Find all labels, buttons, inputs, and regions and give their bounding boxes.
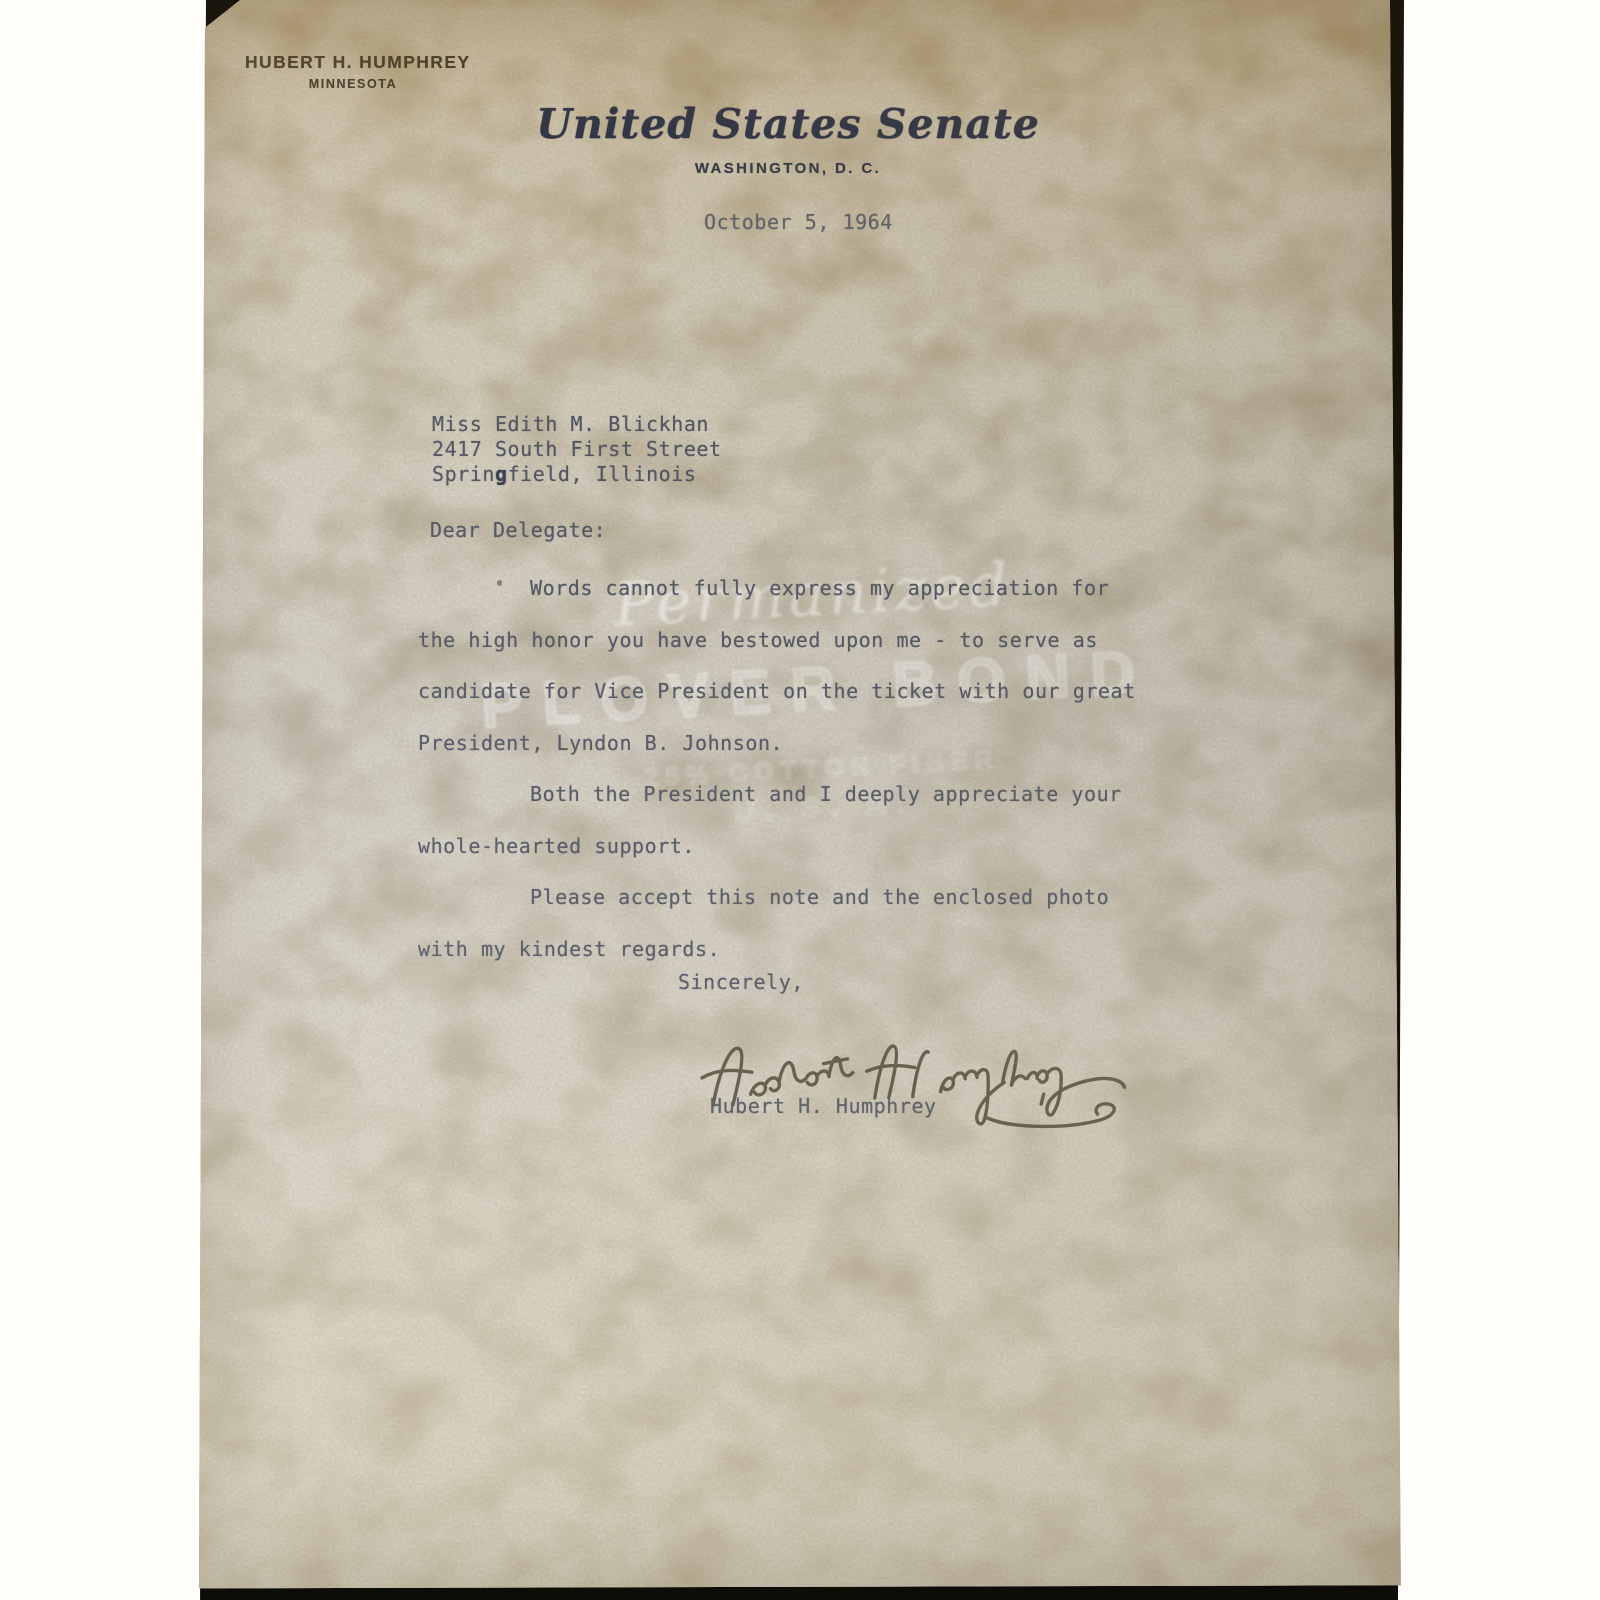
- typed-signature-name: Hubert H. Humphrey: [710, 1094, 937, 1118]
- body-line: President, Lyndon B. Johnson.: [418, 718, 1136, 770]
- body-line: Please accept this note and the enclosed…: [418, 872, 1136, 924]
- letterhead-sender-block: HUBERT H. HUMPHREY MINNESOTA: [245, 52, 461, 91]
- salutation: Dear Delegate:: [430, 518, 606, 542]
- recipient-city-pre: Sprin: [432, 462, 495, 486]
- photo-stage: Permanized PLOVER BOND 25% COTTON FIBER …: [0, 0, 1600, 1600]
- recipient-street: 2417 South First Street: [432, 437, 722, 462]
- body-line: whole-hearted support.: [418, 821, 1136, 873]
- recipient-address: Miss Edith M. Blickhan 2417 South First …: [432, 412, 722, 487]
- date-line: October 5, 1964: [704, 210, 893, 234]
- body-line: candidate for Vice President on the tick…: [418, 666, 1136, 718]
- handwritten-signature: [694, 1004, 1138, 1144]
- closing-line: Sincerely,: [678, 970, 804, 994]
- overstruck-letter: g: [495, 462, 508, 486]
- sender-name: HUBERT H. HUMPHREY: [245, 52, 461, 73]
- body-line: with my kindest regards.: [418, 924, 1136, 976]
- recipient-city-post: field, Illinois: [508, 462, 697, 486]
- body-line: Words cannot fully express my appreciati…: [418, 563, 1136, 615]
- letter-paper: Permanized PLOVER BOND 25% COTTON FIBER …: [198, 0, 1402, 1590]
- sender-state: MINNESOTA: [245, 77, 461, 91]
- letterhead-masthead: United States Senate WASHINGTON, D. C.: [186, 100, 1390, 177]
- city-line: WASHINGTON, D. C.: [186, 160, 1390, 177]
- recipient-city: Springfield, Illinois: [432, 462, 722, 487]
- body-line: Both the President and I deeply apprecia…: [418, 769, 1136, 821]
- recipient-name: Miss Edith M. Blickhan: [432, 412, 722, 437]
- letter-body: Words cannot fully express my appreciati…: [418, 563, 1136, 975]
- body-line: the high honor you have bestowed upon me…: [418, 615, 1136, 667]
- senate-title: United States Senate: [186, 100, 1390, 148]
